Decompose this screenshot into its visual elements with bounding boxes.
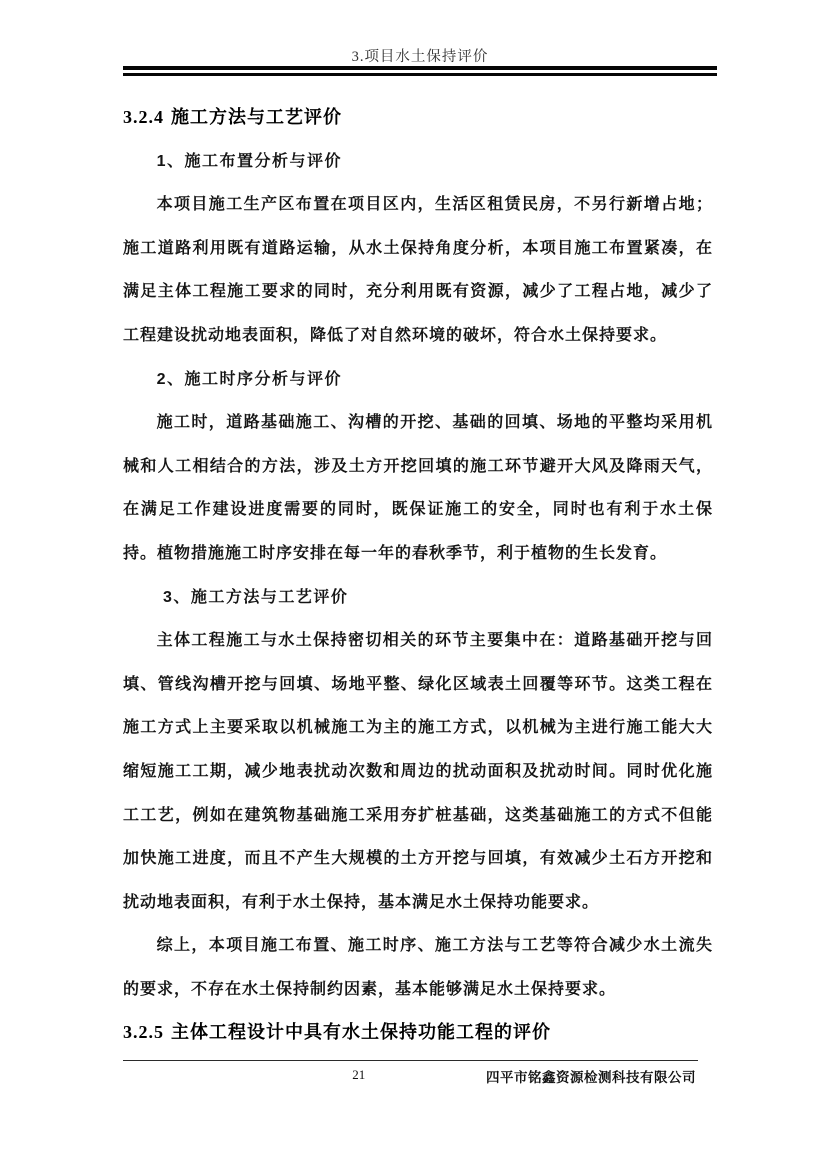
body-paragraph: 主体工程施工与水土保持密切相关的环节主要集中在：道路基础开挖与回填、管线沟槽开挖…: [123, 619, 713, 924]
footer-row: 21 四平市铭鑫资源检测科技有限公司: [123, 1061, 698, 1089]
body-paragraph: 本项目施工生产区布置在项目区内，生活区租赁民房，不另行新增占地；施工道路利用既有…: [123, 183, 713, 357]
list-item-heading-3: 3、施工方法与工艺评价: [123, 576, 713, 620]
section-heading-3-2-5: 3.2.5主体工程设计中具有水土保持功能工程的评价: [123, 1011, 713, 1055]
page-number: 21: [352, 1067, 365, 1083]
section-title: 施工方法与工艺评价: [171, 107, 342, 127]
body-paragraph-summary: 综上，本项目施工布置、施工时序、施工方法与工艺等符合减少水土流失的要求，不存在水…: [123, 924, 713, 1011]
section-heading-3-2-4: 3.2.4施工方法与工艺评价: [123, 96, 713, 140]
document-body: 3.2.4施工方法与工艺评价 1、施工布置分析与评价 本项目施工生产区布置在项目…: [123, 96, 713, 1055]
list-item-heading-1: 1、施工布置分析与评价: [123, 140, 713, 184]
header-double-rule: [123, 66, 717, 76]
document-page: 3.项目水土保持评价 3.2.4施工方法与工艺评价 1、施工布置分析与评价 本项…: [0, 0, 827, 1169]
body-paragraph: 施工时，道路基础施工、沟槽的开挖、基础的回填、场地的平整均采用机械和人工相结合的…: [123, 401, 713, 575]
page-header-chapter-title: 3.项目水土保持评价: [123, 45, 717, 66]
section-number: 3.2.4: [123, 107, 164, 127]
section-number: 3.2.5: [123, 1022, 164, 1042]
page-footer: 21 四平市铭鑫资源检测科技有限公司: [123, 1060, 698, 1089]
company-name: 四平市铭鑫资源检测科技有限公司: [486, 1066, 696, 1086]
list-item-heading-2: 2、施工时序分析与评价: [123, 358, 713, 402]
section-title: 主体工程设计中具有水土保持功能工程的评价: [171, 1022, 551, 1042]
